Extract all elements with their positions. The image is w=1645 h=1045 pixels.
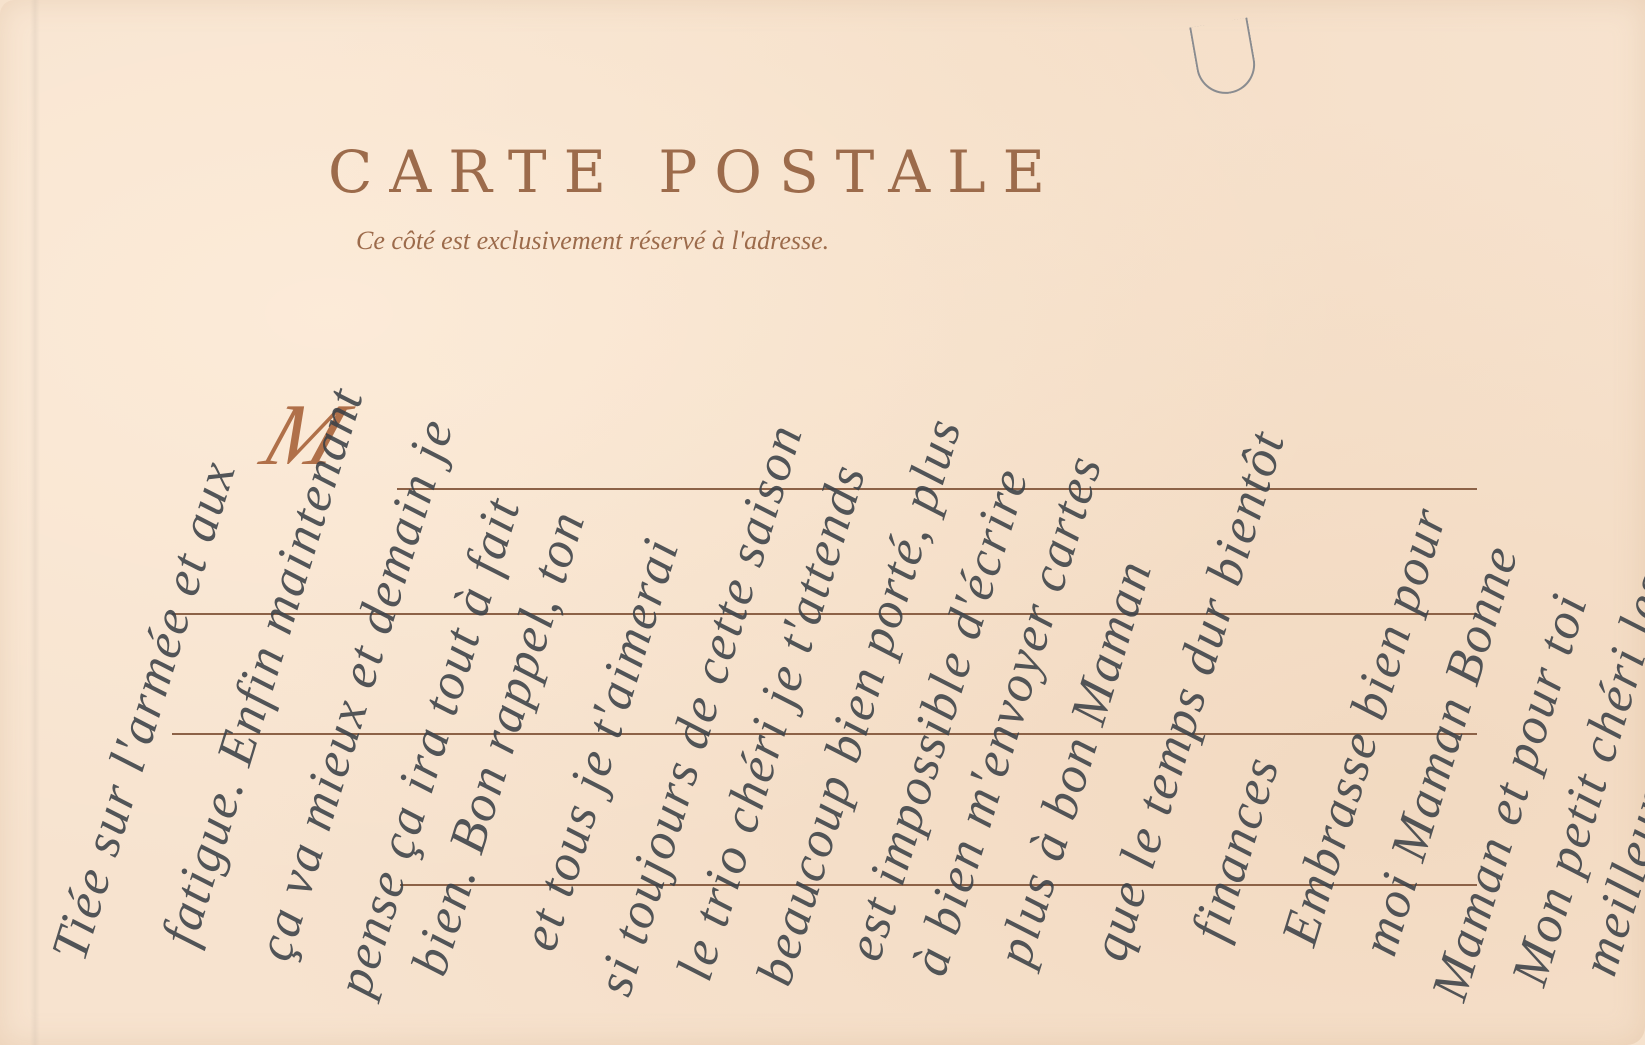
pencil-c-mark-icon — [1189, 17, 1260, 98]
address-side-notice: Ce côté est exclusivement réservé à l'ad… — [356, 226, 829, 256]
postcard-heading: CARTE POSTALE — [328, 138, 1062, 206]
paper-seam — [30, 0, 40, 1045]
postcard-back: CARTE POSTALE Ce côté est exclusivement … — [0, 0, 1645, 1045]
